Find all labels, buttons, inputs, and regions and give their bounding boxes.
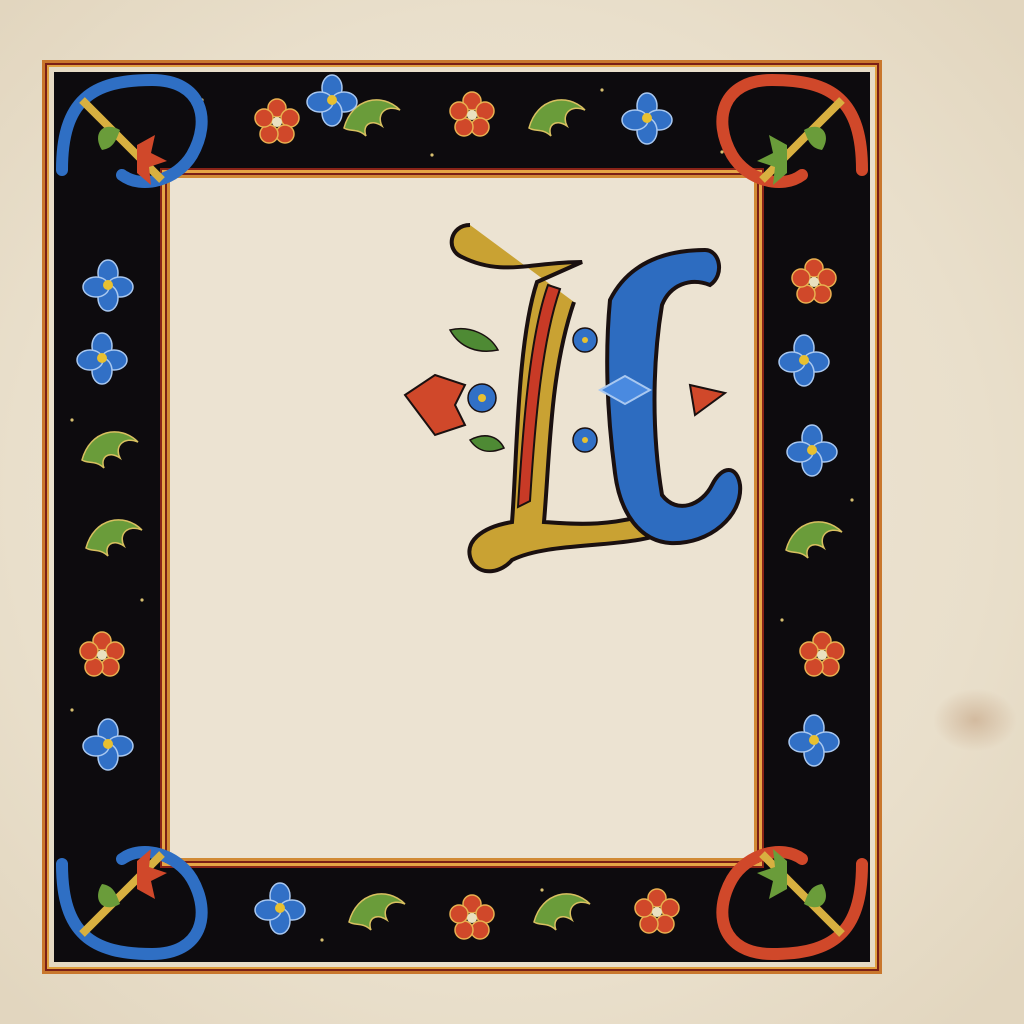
decorated-initial-icon: [0, 0, 1024, 1024]
